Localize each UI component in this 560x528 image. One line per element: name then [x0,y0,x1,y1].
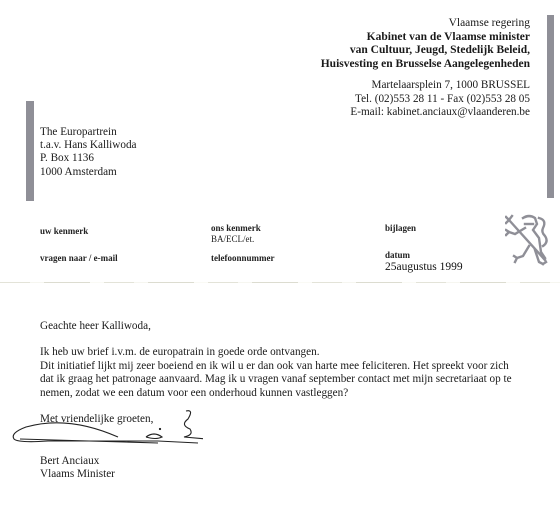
recipient-line-4: 1000 Amsterdam [40,166,137,179]
sender-portfolio-2: Huisvesting en Brusselse Aangelegenheden [321,58,530,72]
sender-email: E-mail: kabinet.anciaux@vlaanderen.be [321,106,530,119]
sender-org: Vlaamse regering [321,17,530,31]
uw-kenmerk-label: uw kenmerk [40,226,88,236]
sender-portfolio-1: van Cultuur, Jeugd, Stedelijk Beleid, [321,44,530,58]
recipient-line-1: The Europartrein [40,126,137,139]
handwritten-signature [8,405,203,455]
sender-block: Vlaamse regering Kabinet van de Vlaamse … [321,17,530,119]
signer-title: Vlaams Minister [40,468,115,481]
bijlagen-label: bijlagen [385,223,416,233]
datum-value: 25augustus 1999 [385,261,463,273]
ons-kenmerk-value: BA/ECL/et. [211,234,254,244]
vragen-naar-label: vragen naar / e-mail [40,253,118,263]
sender-phone-fax: Tel. (02)553 28 11 - Fax (02)553 28 05 [321,93,530,106]
telefoonnummer-label: telefoonnummer [211,253,274,263]
decorative-bar-left [26,101,34,201]
paragraph-1-line-1: Ik heb uw brief i.v.m. de europatrain in… [40,346,540,359]
recipient-line-3: P. Box 1136 [40,152,137,165]
flemish-lion-icon [505,212,550,267]
sender-address: Martelaarsplein 7, 1000 BRUSSEL [321,79,530,92]
signer-name: Bert Anciaux [40,455,115,468]
recipient-line-2: t.a.v. Hans Kalliwoda [40,139,137,152]
recipient-block: The Europartrein t.a.v. Hans Kalliwoda P… [40,126,137,179]
paragraph-1-rest: Dit initiatief lijkt mij zeer boeiend en… [40,360,512,400]
datum-label: datum [385,250,410,260]
salutation: Geachte heer Kalliwoda, [40,320,540,333]
fold-line [0,282,560,283]
ons-kenmerk-label: ons kenmerk [211,223,261,233]
sender-cabinet: Kabinet van de Vlaamse minister [321,31,530,45]
signer-block: Bert Anciaux Vlaams Minister [40,455,115,482]
decorative-bar-right [547,15,554,198]
